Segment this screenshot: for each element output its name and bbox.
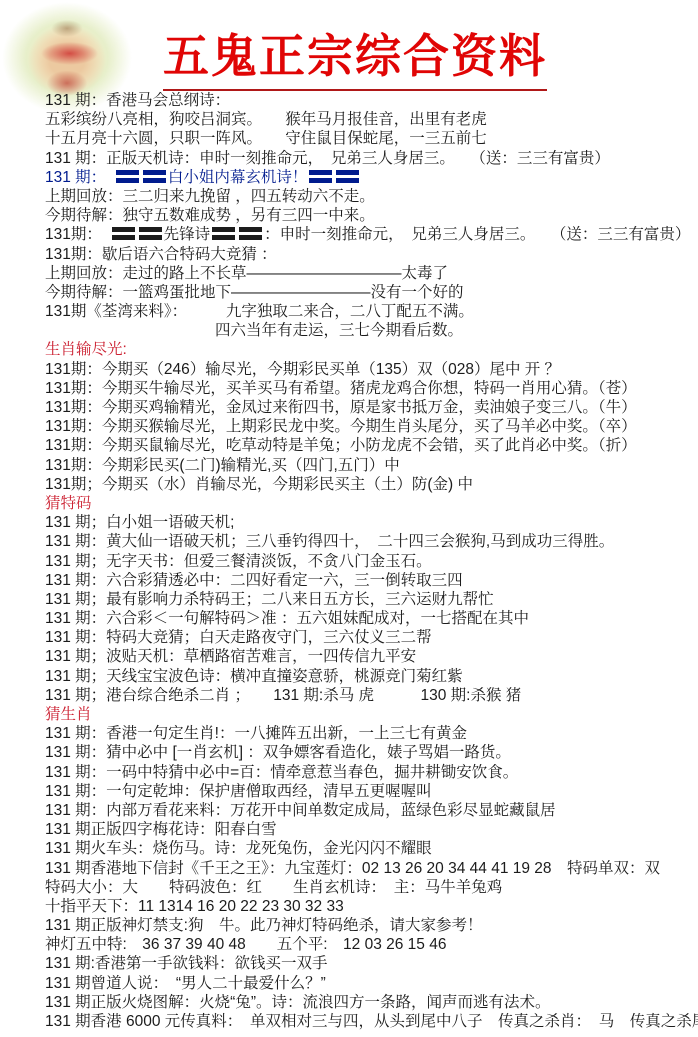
double-bar-icon — [336, 170, 359, 183]
text-line: 131 期：香港马会总纲诗： — [45, 91, 698, 110]
text-line: 131 期：香港一句定生肖!：一八摊阵五出新，一上三七有黄金 — [45, 724, 698, 743]
double-bar-icon — [309, 170, 332, 183]
text-line: 131 期：一码中特猜中必中=百：情牵意惹当春色，掘井耕锄安饮食。 — [45, 763, 698, 782]
text-line: 131期：今期买牛输尽光，买羊买马有希望。猪虎龙鸡合你想，特码一肖用心猜。（苍） — [45, 379, 698, 398]
double-bar-icon — [139, 227, 162, 240]
line-text: 生肖输尽光: — [45, 341, 127, 358]
line-text: 131 期；白小姐一语破天机; — [45, 514, 234, 531]
line-text: 131期：歇后语六合特码大竞猜 ： — [45, 246, 277, 263]
line-text: 131 期：香港一句定生肖!：一八摊阵五出新，一上三七有黄金 — [45, 725, 467, 742]
line-text: 131 期：一句定乾坤：保护唐僧取西经，清早五更喔喔叫 — [45, 783, 432, 800]
text-line: 131 期；天线宝宝波色诗：横冲直撞姿意骄，桃源竞门菊红紫 — [45, 667, 698, 686]
line-text: 131 期；天线宝宝波色诗：横冲直撞姿意骄，桃源竞门菊红紫 — [45, 668, 463, 685]
text-line: 131 期：正版天机诗：申时一刻推命元， 兄弟三人身居三。 （送：三三有富贵） — [45, 149, 698, 168]
line-text: 上期回放：三二归来九挽留 ，四五转动六不走。 — [45, 188, 375, 205]
page-title: 五鬼正宗综合资料 — [163, 20, 547, 91]
text-line: 131 期；港台综合绝杀二肖 ； 131 期:杀马 虎 130 期:杀猴 猪 — [45, 686, 698, 705]
double-bar-icon — [212, 227, 235, 240]
line-text: 131期：今期买鸡输精光，金凤过来衔四书，原是家书抵万金，卖油娘子变三八。（牛） — [45, 399, 637, 416]
line-text: 131 期；最有影响力杀特码王；二八来日五方长，三六运财九帮忙 — [45, 591, 494, 608]
text-line: 131 期火车头：烧伤马。诗：龙死兔伤，金光闪闪不耀眼 — [45, 839, 698, 858]
text-line: 131期《荃湾来料》： 九字独取二来合，二八丁配五不满。 — [45, 302, 698, 321]
text-line: 131 期香港 6000 元传真料： 单双相对三与四，从头到尾中八子 传真之杀肖… — [45, 1012, 698, 1031]
text-line: 131 期曾道人说： “男人二十最爱什么？” — [45, 974, 698, 993]
text-line: 131 期香港地下信封《千王之王》：九宝莲灯：02 13 26 20 34 44… — [45, 859, 698, 878]
text-line: 131 期：猜中必中 [一肖玄机] ：双争嫖客看造化，婊子骂娼一路货。 — [45, 743, 698, 762]
line-text: 五彩缤纷八亮相，狗咬吕洞宾。 猴年马月报佳音，出里有老虎 — [45, 111, 487, 128]
line-text: 131期；今期买（水）肖输尽光，今期彩民买主（土）防(金) 中 — [45, 476, 473, 493]
line-text: 猜特码 — [45, 495, 92, 512]
text-line: 131 期：内部万看花来料：万花开中间单数定成局，蓝绿色彩尽显蛇藏鼠居 — [45, 801, 698, 820]
line-text: 131 期香港地下信封《千王之王》：九宝莲灯：02 13 26 20 34 44… — [45, 860, 660, 877]
line-text: 131期： — [45, 226, 110, 243]
line-text: 131 期：正版天机诗：申时一刻推命元， 兄弟三人身居三。 （送：三三有富贵） — [45, 150, 610, 167]
text-line: 131期： 先锋诗：申时一刻推命元， 兄弟三人身居三。 （送：三三有富贵） — [45, 225, 698, 244]
line-text: 131期：今期买猴输尽光，上期彩民龙中奖。今期生肖头尾分，买了马羊必中奖。（卒） — [45, 418, 637, 435]
line-text: 131 期；港台综合绝杀二肖 ； 131 期:杀马 虎 130 期:杀猴 猪 — [45, 687, 521, 704]
line-text: 131 期：一码中特猜中必中=百：情牵意惹当春色，掘井耕锄安饮食。 — [45, 764, 518, 781]
line-text: 131 期：香港马会总纲诗： — [45, 92, 230, 109]
text-line: 上期回放：三二归来九挽留 ，四五转动六不走。 — [45, 187, 698, 206]
section-header: 猜特码 — [45, 494, 698, 513]
text-line: 131期：今期彩民买(二门)输精光,买（四门,五门）中 — [45, 456, 698, 475]
line-text: 131期：今期买（246）输尽光，今期彩民买单（135）双（028）尾中 开 ？ — [45, 361, 560, 378]
line-text: 神灯五中特: 36 37 39 40 48 五个平: 12 03 26 15 4… — [45, 936, 446, 953]
line-text: 131 期:香港第一手欲钱料：欲钱买一双手 — [45, 955, 327, 972]
text-line: 131期：今期买猴输尽光，上期彩民龙中奖。今期生肖头尾分，买了马羊必中奖。（卒） — [45, 417, 698, 436]
line-text: 131 期：内部万看花来料：万花开中间单数定成局，蓝绿色彩尽显蛇藏鼠居 — [45, 802, 556, 819]
line-text: 131 期：黄大仙一语破天机；三八垂钓得四十， 二十四三会猴狗,马到成功三得胜。 — [45, 533, 614, 550]
line-text: 特码大小：大 特码波色：红 生肖玄机诗： 主：马牛羊兔鸡 — [45, 879, 502, 896]
line-text: 十五月亮十六圆，只职一阵风。 守住鼠目保蛇尾，一三五前七 — [45, 130, 487, 147]
text-line: 131 期；白小姐一语破天机; — [45, 513, 698, 532]
double-bar-icon — [112, 227, 135, 240]
double-bar-icon — [116, 170, 139, 183]
text-line: 131 期:香港第一手欲钱料：欲钱买一双手 — [45, 954, 698, 973]
line-text: 131 期；无字天书：但爱三餐清淡饭，不贪八门金玉石。 — [45, 553, 432, 570]
line-text: 131 期： — [45, 169, 114, 186]
text-line: 131 期正版火烧图解：火烧“兔”。诗：流浪四方一条路，闻声而逃有法术。 — [45, 993, 698, 1012]
line-text: 131 期正版四字梅花诗：阳春白雪 — [45, 821, 277, 838]
line-text: 131 期火车头：烧伤马。诗：龙死兔伤，金光闪闪不耀眼 — [45, 840, 432, 857]
line-text: 131 期正版神灯禁支:狗 牛。此乃神灯特码绝杀，请大家参考！ — [45, 917, 482, 934]
text-line: 十指平天下：11 1314 16 20 22 23 30 32 33 — [45, 897, 698, 916]
line-text: 131期《荃湾来料》： 九字独取二来合，二八丁配五不满。 — [45, 303, 474, 320]
masthead: 五鬼正宗综合资料 — [163, 20, 547, 91]
text-line: 五彩缤纷八亮相，狗咬吕洞宾。 猴年马月报佳音，出里有老虎 — [45, 110, 698, 129]
content-lines: 131 期：香港马会总纲诗：五彩缤纷八亮相，狗咬吕洞宾。 猴年马月报佳音，出里有… — [45, 91, 698, 1031]
line-text: 白小姐内幕玄机诗！ — [168, 169, 308, 186]
text-line: 131 期：特码大竞猜；白天走路夜守门，三六仗义三二帮 — [45, 628, 698, 647]
text-line: 131 期： 白小姐内幕玄机诗！ — [45, 168, 698, 187]
line-text: 131期：今期买鼠输尽光，吃草动特是羊兔；小防龙虎不会错，买了此肖必中奖。（折） — [45, 437, 637, 454]
line-text: 131 期：猜中必中 [一肖玄机] ：双争嫖客看造化，婊子骂娼一路货。 — [45, 744, 511, 761]
line-text: 131 期香港 6000 元传真料： 单双相对三与四，从头到尾中八子 传真之杀肖… — [45, 1013, 698, 1030]
text-line: 131 期：六合彩＜一句解特码＞准 ：五六姐妹配成对，一七搭配在其中 — [45, 609, 698, 628]
text-line: 131 期正版四字梅花诗：阳春白雪 — [45, 820, 698, 839]
text-line: 神灯五中特: 36 37 39 40 48 五个平: 12 03 26 15 4… — [45, 935, 698, 954]
line-text: 四六当年有走运，三七今期看后数。 — [215, 322, 463, 339]
line-text: 131 期；波贴天机：草栖路宿苦难言，一四传信九平安 — [45, 648, 416, 665]
line-text: 131期：今期买牛输尽光，买羊买马有希望。猪虎龙鸡合你想，特码一肖用心猜。（苍） — [45, 380, 637, 397]
text-line: 131 期正版神灯禁支:狗 牛。此乃神灯特码绝杀，请大家参考！ — [45, 916, 698, 935]
double-bar-icon — [239, 227, 262, 240]
text-line: 131期：歇后语六合特码大竞猜 ： — [45, 245, 698, 264]
line-text: 131期：今期彩民买(二门)输精光,买（四门,五门）中 — [45, 457, 400, 474]
line-text: 先锋诗 — [164, 226, 211, 243]
line-text: 今期待解：独守五数难成势 ，另有三四一中来。 — [45, 207, 375, 224]
text-line: 四六当年有走运，三七今期看后数。 — [45, 321, 698, 340]
text-line: 131 期：一句定乾坤：保护唐僧取西经，清早五更喔喔叫 — [45, 782, 698, 801]
text-line: 131 期；无字天书：但爱三餐清淡饭，不贪八门金玉石。 — [45, 552, 698, 571]
line-text: ：申时一刻推命元， 兄弟三人身居三。 （送：三三有富贵） — [264, 226, 690, 243]
text-line: 十五月亮十六圆，只职一阵风。 守住鼠目保蛇尾，一三五前七 — [45, 129, 698, 148]
section-header: 生肖输尽光: — [45, 340, 698, 359]
line-text: 131 期：六合彩＜一句解特码＞准 ：五六姐妹配成对，一七搭配在其中 — [45, 610, 529, 627]
text-line: 131 期：黄大仙一语破天机；三八垂钓得四十， 二十四三会猴狗,马到成功三得胜。 — [45, 532, 698, 551]
section-header: 猜生肖 — [45, 705, 698, 724]
line-text: 131 期：特码大竞猜；白天走路夜守门，三六仗义三二帮 — [45, 629, 432, 646]
text-line: 131 期；最有影响力杀特码王；二八来日五方长，三六运财九帮忙 — [45, 590, 698, 609]
text-line: 上期回放：走过的路上不长草——————————太毒了 — [45, 264, 698, 283]
line-text: 猜生肖 — [45, 706, 92, 723]
text-line: 131期：今期买（246）输尽光，今期彩民买单（135）双（028）尾中 开 ？ — [45, 360, 698, 379]
line-text: 131 期正版火烧图解：火烧“兔”。诗：流浪四方一条路，闻声而逃有法术。 — [45, 994, 551, 1011]
text-line: 131期：今期买鸡输精光，金凤过来衔四书，原是家书抵万金，卖油娘子变三八。（牛） — [45, 398, 698, 417]
line-text: 131 期曾道人说： “男人二十最爱什么？” — [45, 975, 326, 992]
text-line: 今期待解：独守五数难成势 ，另有三四一中来。 — [45, 206, 698, 225]
text-line: 131期：今期买鼠输尽光，吃草动特是羊兔；小防龙虎不会错，买了此肖必中奖。（折） — [45, 436, 698, 455]
text-line: 131 期；波贴天机：草栖路宿苦难言，一四传信九平安 — [45, 647, 698, 666]
line-text: 上期回放：走过的路上不长草——————————太毒了 — [45, 265, 448, 282]
text-line: 131 期：六合彩猜透必中：二四好看定一六，三一倒转取三四 — [45, 571, 698, 590]
text-line: 今期待解：一篮鸡蛋批地下—————————没有一个好的 — [45, 283, 698, 302]
line-text: 131 期：六合彩猜透必中：二四好看定一六，三一倒转取三四 — [45, 572, 463, 589]
line-text: 十指平天下：11 1314 16 20 22 23 30 32 33 — [45, 898, 344, 915]
double-bar-icon — [143, 170, 166, 183]
line-text: 今期待解：一篮鸡蛋批地下—————————没有一个好的 — [45, 284, 464, 301]
text-line: 特码大小：大 特码波色：红 生肖玄机诗： 主：马牛羊兔鸡 — [45, 878, 698, 897]
text-line: 131期；今期买（水）肖输尽光，今期彩民买主（土）防(金) 中 — [45, 475, 698, 494]
